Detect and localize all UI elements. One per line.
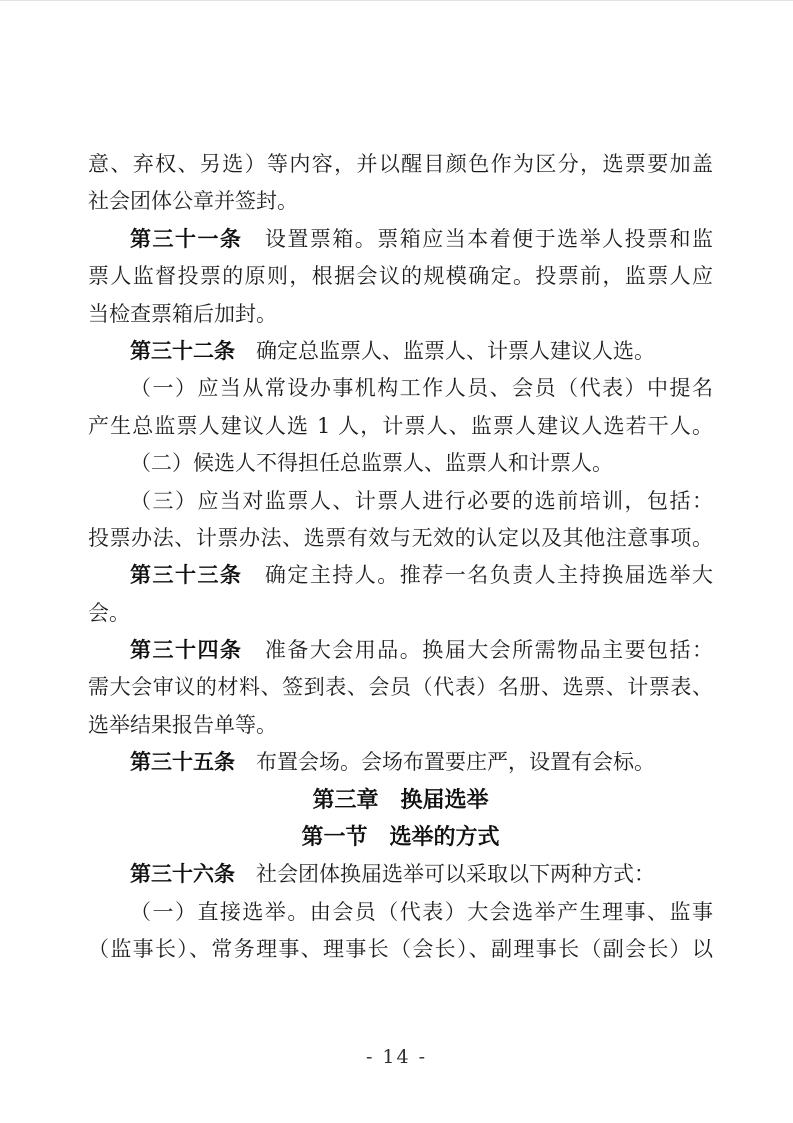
- line-segment: 布置会场。会场布置要庄严，设置有会标。: [235, 750, 655, 774]
- document-line: 第三十四条 准备大会用品。换届大会所需物品主要包括：: [88, 632, 713, 669]
- document-line: 社会团体公章并签封。: [88, 183, 713, 220]
- line-segment-bold: 第一节 选举的方式: [301, 825, 499, 850]
- line-segment-bold: 第三十四条: [130, 638, 242, 662]
- document-line: 第三十五条 布置会场。会场布置要庄严，设置有会标。: [88, 744, 713, 781]
- line-segment: （一）直接选举。由会员（代表）大会选举产生理事、监事: [130, 900, 713, 924]
- document-line: 第三十一条 设置票箱。票箱应当本着便于选举人投票和监: [88, 221, 713, 258]
- document-line: 第三十三条 确定主持人。推荐一名负责人主持换届选举大: [88, 557, 713, 594]
- line-segment: 选举结果报告单等。: [88, 713, 277, 737]
- line-segment-bold: 第三十六条: [130, 862, 235, 886]
- document-line: 第三十六条 社会团体换届选举可以采取以下两种方式：: [88, 856, 713, 893]
- document-line: 会。: [88, 595, 713, 632]
- line-segment: 准备大会用品。换届大会所需物品主要包括：: [242, 638, 713, 662]
- document-line: 票人监督投票的原则，根据会议的规模确定。投票前，监票人应: [88, 258, 713, 295]
- chapter-heading: 第三章 换届选举: [88, 782, 713, 819]
- document-line: 当检查票箱后加封。: [88, 296, 713, 333]
- line-segment: （监事长）、常务理事、理事长（会长）、副理事长（副会长）以: [88, 937, 713, 961]
- document-line: （监事长）、常务理事、理事长（会长）、副理事长（副会长）以: [88, 931, 713, 968]
- document-page: 意、弃权、另选）等内容，并以醒目颜色作为区分，选票要加盖社会团体公章并签封。第三…: [0, 0, 793, 1123]
- line-segment: 票人监督投票的原则，根据会议的规模确定。投票前，监票人应: [88, 264, 713, 288]
- line-segment-bold: 第三十二条: [130, 339, 235, 363]
- line-segment: 会。: [88, 601, 130, 625]
- document-line: 投票办法、计票办法、选票有效与无效的认定以及其他注意事项。: [88, 520, 713, 557]
- line-segment: 社会团体公章并签封。: [88, 189, 298, 213]
- page-number: - 14 -: [0, 1043, 793, 1071]
- line-segment-bold: 第三十一条: [130, 227, 242, 251]
- line-segment: 设置票箱。票箱应当本着便于选举人投票和监: [242, 227, 713, 251]
- line-segment: 需大会审议的材料、签到表、会员（代表）名册、选票、计票表、: [88, 675, 713, 699]
- line-segment: 当检查票箱后加封。: [88, 302, 277, 326]
- document-line: （二）候选人不得担任总监票人、监票人和计票人。: [88, 445, 713, 482]
- document-line: 第三十二条 确定总监票人、监票人、计票人建议人选。: [88, 333, 713, 370]
- document-line: 产生总监票人建议人选 1 人，计票人、监票人建议人选若干人。: [88, 408, 713, 445]
- document-line: 需大会审议的材料、签到表、会员（代表）名册、选票、计票表、: [88, 669, 713, 706]
- line-segment-bold: 第三十五条: [130, 750, 235, 774]
- document-body: 意、弃权、另选）等内容，并以醒目颜色作为区分，选票要加盖社会团体公章并签封。第三…: [88, 146, 713, 969]
- document-line: （三）应当对监票人、计票人进行必要的选前培训，包括：: [88, 483, 713, 520]
- line-segment: （三）应当对监票人、计票人进行必要的选前培训，包括：: [130, 489, 713, 513]
- line-segment: 投票办法、计票办法、选票有效与无效的认定以及其他注意事项。: [88, 526, 713, 550]
- line-segment: （二）候选人不得担任总监票人、监票人和计票人。: [130, 451, 613, 475]
- line-segment: 确定主持人。推荐一名负责人主持换届选举大: [242, 563, 713, 587]
- document-line: 意、弃权、另选）等内容，并以醒目颜色作为区分，选票要加盖: [88, 146, 713, 183]
- line-segment-bold: 第三十三条: [130, 563, 242, 587]
- line-segment: （一）应当从常设办事机构工作人员、会员（代表）中提名: [130, 376, 713, 400]
- line-segment: 社会团体换届选举可以采取以下两种方式：: [235, 862, 655, 886]
- document-line: （一）直接选举。由会员（代表）大会选举产生理事、监事: [88, 894, 713, 931]
- section-heading: 第一节 选举的方式: [88, 819, 713, 856]
- document-line: 选举结果报告单等。: [88, 707, 713, 744]
- line-segment: 确定总监票人、监票人、计票人建议人选。: [235, 339, 655, 363]
- line-segment-bold: 第三章 换届选举: [312, 788, 488, 813]
- document-line: （一）应当从常设办事机构工作人员、会员（代表）中提名: [88, 370, 713, 407]
- line-segment: 产生总监票人建议人选 1 人，计票人、监票人建议人选若干人。: [88, 414, 713, 438]
- line-segment: 意、弃权、另选）等内容，并以醒目颜色作为区分，选票要加盖: [88, 152, 713, 176]
